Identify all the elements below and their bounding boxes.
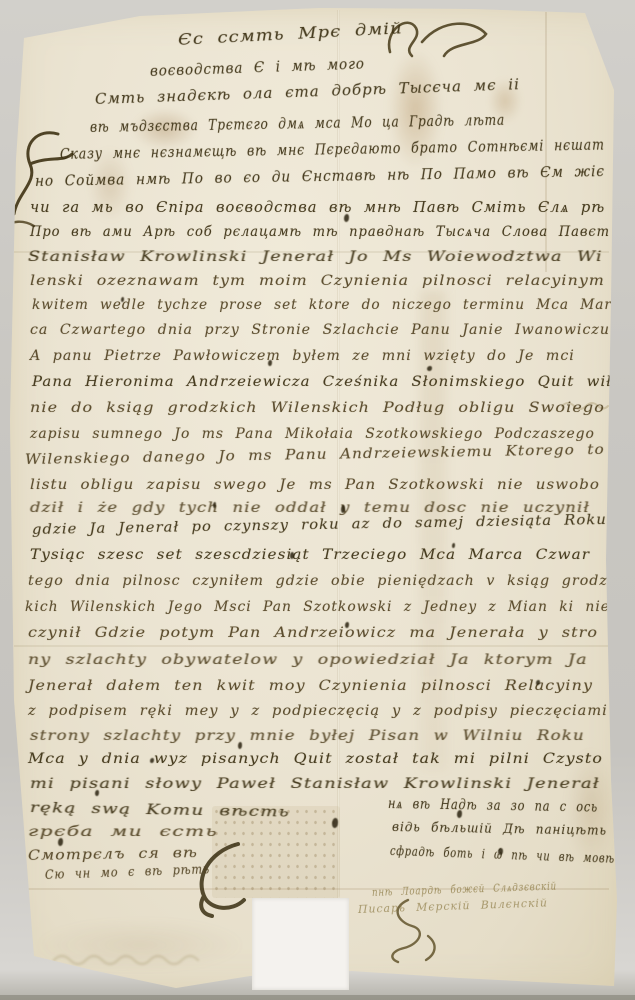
handwritten-line: A panu Pietrze Pawłowiczem byłem ze mni … <box>30 348 575 364</box>
handwritten-line: ca Czwartego dnia przy Stronie Szlachcie… <box>30 322 610 338</box>
handwritten-line: Mca y dnia wyz pisanych Quit został tak … <box>28 751 603 767</box>
handwritten-line: mi pisani słowy Paweł Stanisław Krowlins… <box>30 776 600 792</box>
ink-blot <box>268 360 272 366</box>
handwritten-line: відь бѣльшій Дѣ паніцѣть <box>392 820 607 839</box>
handwritten-line: вѣ мъдзєства Трєтєго дмѧ мса Мо ца Градѣ… <box>90 111 505 137</box>
handwritten-line: Stanisław Krowlinski Jenerał Jo Ms Woiew… <box>28 249 603 265</box>
photo-bottom-edge <box>0 995 635 1000</box>
handwritten-line: listu obligu zapisu swego Je ms Pan Szot… <box>30 477 600 493</box>
handwritten-line: грєба ми єсть <box>28 824 218 840</box>
ink-blot <box>344 214 349 222</box>
handwritten-line: Сказу мнє нєзнамєщѣ вѣ мнє Пєрєдаюто бра… <box>60 135 605 163</box>
ink-blot <box>238 742 242 749</box>
handwritten-line: kwitem wedle tychze prose set ktore do n… <box>32 297 612 313</box>
handwritten-line: Єс ссмть Мрє дмій <box>178 18 404 49</box>
handwritten-line: zapisu sumnego Jo ms Pana Mikołaia Szotk… <box>30 426 595 442</box>
fold-crease <box>14 645 609 647</box>
cutout-hole <box>252 898 349 990</box>
handwritten-line: kich Wilenskich Jego Msci Pan Szotkowski… <box>25 599 610 615</box>
handwritten-line: Смть знадєкѣ ола єта добрѣ Тысєча мє іі <box>95 75 521 108</box>
handwritten-line: Jenerał dałem ten kwit moy Czynienia pil… <box>28 678 593 694</box>
handwritten-line: tego dnia pilnosc czyniłem gdzie obie pi… <box>28 573 608 589</box>
handwritten-line: nie do ksiąg grodzkich Wilenskich Podług… <box>30 400 605 416</box>
ink-blot <box>58 838 63 846</box>
handwritten-line: но Соймва нмѣ По во єо ди Єнставѣ нѣ По … <box>35 162 605 190</box>
manuscript-paper: Єс ссмть Мрє дмійвоєводства Є і мѣ могоС… <box>0 0 635 1000</box>
ghost-writing <box>52 950 222 968</box>
handwritten-line: z podpisem ręki mey y z podpieczęcią y z… <box>28 703 608 719</box>
handwritten-line: czynił Gdzie potym Pan Andrzeiowicz ma J… <box>28 625 598 641</box>
ink-blot <box>457 810 462 818</box>
handwritten-line: ręką swą Komu вѣсть <box>30 800 290 821</box>
handwritten-line: воєводства Є і мѣ мого <box>150 55 365 80</box>
handwritten-line: сфрадѣ боть і ώ пѣ чи вѣ мовѣ <box>390 844 615 867</box>
handwritten-line: strony szlachty przy mnie byłej Pisan w … <box>30 728 585 744</box>
handwritten-line: нѧ вѣ Надѣ за зо па с ось <box>388 796 598 817</box>
ink-blot <box>95 790 99 796</box>
document-scan: Єс ссмть Мрє дмійвоєводства Є і мѣ могоС… <box>0 0 635 1000</box>
handwritten-line: Pana Hieronima Andrzeiewicza Cześnika Sł… <box>32 374 612 390</box>
handwritten-line: Про вѣ ами Арѣ соб рєлацамѣ тѣ правднаѣ … <box>30 224 610 241</box>
handwritten-line: Tysiąc szesc set szescdziesiąt Trzeciego… <box>30 547 590 563</box>
handwritten-line: Сю чн мо є вѣ рѣть <box>45 862 210 883</box>
ink-blot <box>427 366 432 371</box>
handwritten-line: lenski ozeznawam tym moim Czynienia piln… <box>30 273 605 289</box>
handwritten-line: Wilenskiego danego Jo ms Panu Andrzeiews… <box>25 442 605 468</box>
handwritten-line: чи га мь во Єпіра воєводства вѣ мнѣ Павѣ… <box>30 198 605 217</box>
handwritten-line: ny szlachty obywatelow y opowiedział Ja … <box>28 652 588 668</box>
handwritten-line: Смотрєлъ ся вѣ <box>28 845 198 864</box>
